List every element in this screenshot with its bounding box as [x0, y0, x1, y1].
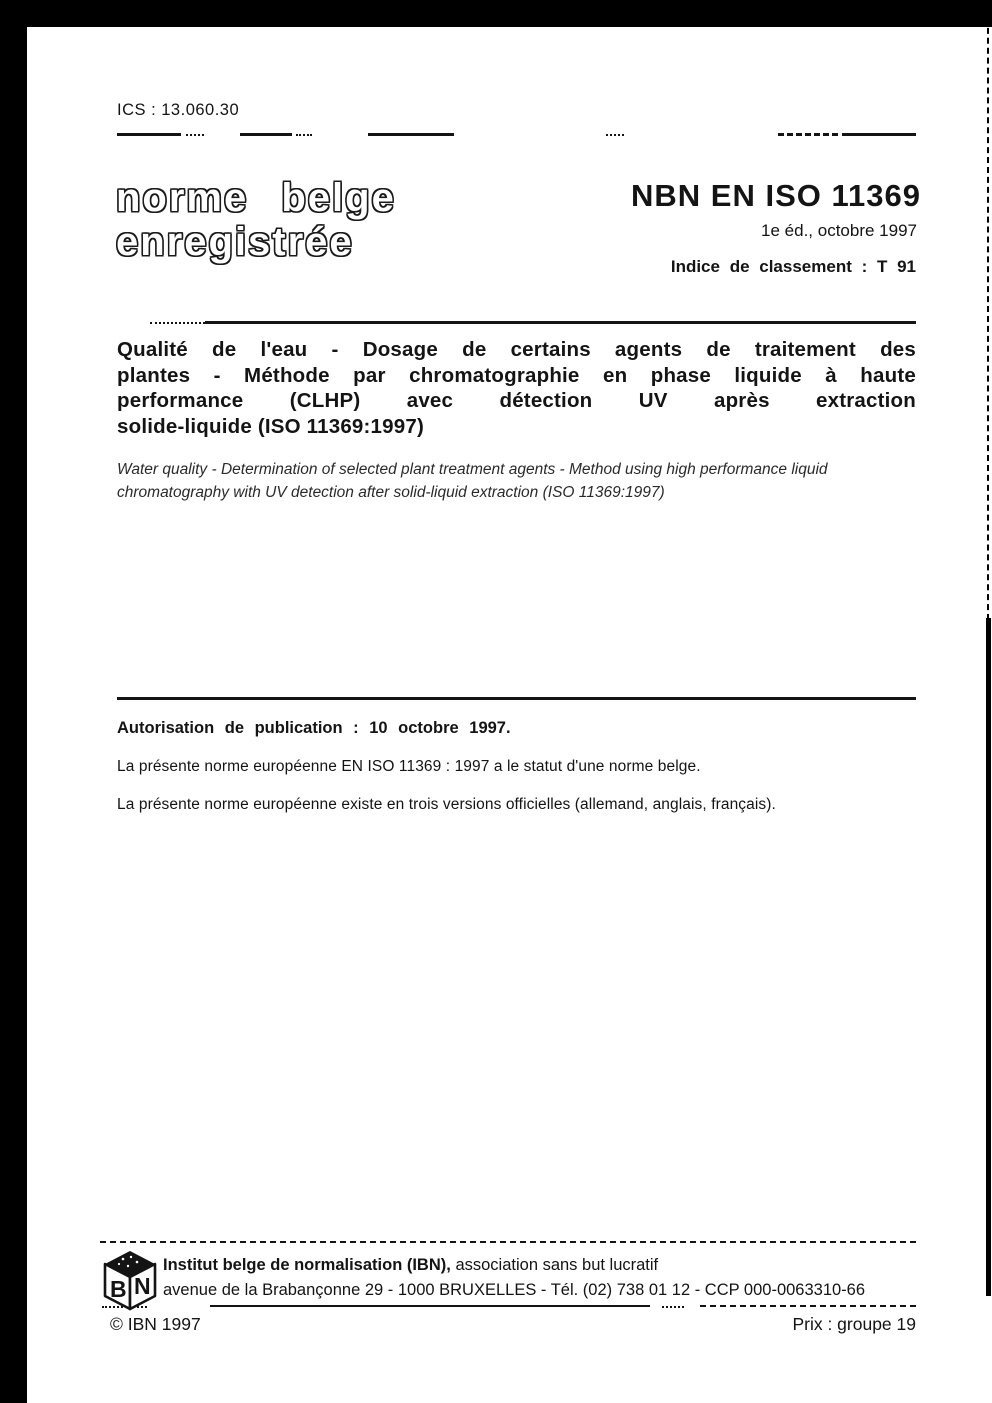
- title-english-line: Water quality - Determination of selecte…: [117, 459, 927, 482]
- scan-artifact-left-bar: [0, 0, 27, 1403]
- rule-segment: [662, 1306, 684, 1308]
- title-english-line: chromatography with UV detection after s…: [117, 482, 927, 505]
- versions-note: La présente norme européenne existe en t…: [117, 796, 776, 814]
- rule-segment: [700, 1305, 916, 1307]
- title-french-line: performance (CLHP) avec détection UV apr…: [117, 388, 916, 414]
- institute-address: avenue de la Brabançonne 29 - 1000 BRUXE…: [163, 1281, 865, 1300]
- rule-segment: [205, 321, 916, 324]
- classification-index: Indice de classement : T 91: [671, 257, 916, 277]
- institute-name: Institut belge de normalisation (IBN),: [163, 1256, 451, 1274]
- rule-segment: [368, 133, 454, 136]
- authorization-note: Autorisation de publication : 10 octobre…: [117, 719, 511, 738]
- rule-segment: [778, 133, 838, 136]
- rule-segment: [186, 134, 204, 136]
- rule-segment: [240, 133, 292, 136]
- title-french-line: solide-liquide (ISO 11369:1997): [117, 414, 916, 440]
- doc-type-line1: norme belge: [116, 176, 396, 221]
- ics-code: ICS : 13.060.30: [117, 101, 239, 120]
- price-group: Prix : groupe 19: [792, 1314, 916, 1335]
- logo-letter-b: B: [110, 1276, 127, 1302]
- rule-segment: [102, 1306, 147, 1308]
- rule-segment: [150, 322, 205, 324]
- copyright-notice: © IBN 1997: [110, 1314, 201, 1335]
- authorization-rule: [117, 697, 916, 700]
- rule-segment: [842, 133, 916, 136]
- institute-descriptor: association sans but lucratif: [451, 1256, 658, 1274]
- rule-segment: [296, 134, 312, 136]
- standard-cover-page: ICS : 13.060.30 norme belge enregistrée …: [0, 0, 992, 1403]
- institute-line: Institut belge de normalisation (IBN), a…: [163, 1256, 658, 1275]
- title-english: Water quality - Determination of selecte…: [117, 459, 927, 504]
- title-french-line: Qualité de l'eau - Dosage de certains ag…: [117, 337, 916, 363]
- edition-date: 1e éd., octobre 1997: [761, 221, 917, 241]
- scan-artifact-right-edge-dashed: [987, 8, 989, 620]
- rule-segment: [117, 133, 181, 136]
- scan-artifact-right-edge-solid: [986, 618, 991, 1296]
- status-note: La présente norme européenne EN ISO 1136…: [117, 758, 701, 776]
- doc-type-line2: enregistrée: [116, 220, 354, 265]
- title-french: Qualité de l'eau - Dosage de certains ag…: [117, 337, 916, 439]
- rule-segment: [210, 1305, 650, 1307]
- rule-segment: [606, 134, 624, 136]
- footer-rule-top: [100, 1241, 916, 1243]
- standard-code: NBN EN ISO 11369: [631, 178, 921, 214]
- scan-artifact-top-bar: [0, 0, 992, 27]
- logo-letter-n: N: [134, 1273, 151, 1299]
- title-french-line: plantes - Méthode par chromatographie en…: [117, 363, 916, 389]
